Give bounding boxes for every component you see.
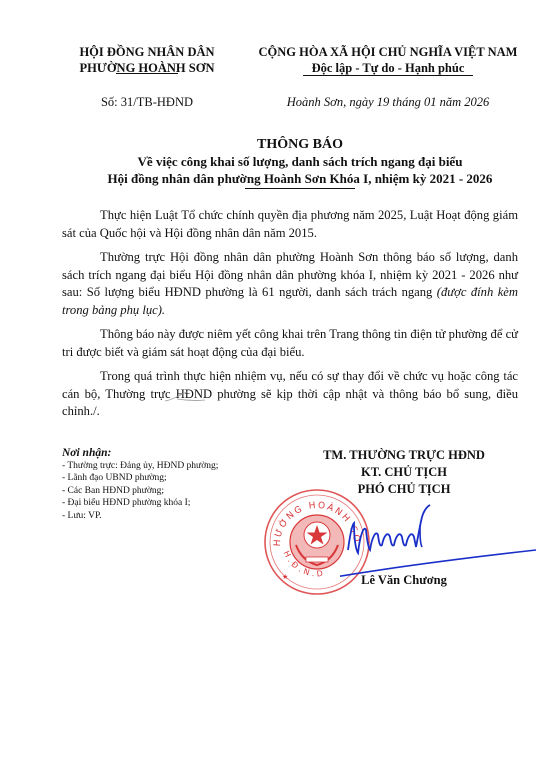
title-underline — [245, 188, 355, 189]
document-subtitle-1: Về việc công khai số lượng, danh sách tr… — [60, 153, 540, 170]
issuing-organization: HỘI ĐỒNG NHÂN DÂN PHƯỜNG HOÀNH SƠN — [62, 44, 232, 74]
national-motto: Độc lập - Tự do - Hạnh phúc — [228, 60, 548, 76]
paragraph-4: Trong quá trình thực hiện nhiệm vụ, nếu … — [62, 368, 518, 421]
signature-line-2: KT. CHỦ TỊCH — [290, 464, 518, 481]
signer-name: Lê Văn Chương — [290, 573, 518, 588]
recipients-block: Nơi nhận: - Thường trực: Đảng ủy, HĐND p… — [62, 447, 272, 523]
paragraph-1: Thực hiện Luật Tổ chức chính quyền địa p… — [62, 207, 518, 242]
place-and-date: Hoành Sơn, ngày 19 tháng 01 năm 2026 — [228, 95, 548, 110]
signature-line-1: TM. THƯỜNG TRỰC HĐND — [290, 447, 518, 464]
paragraph-3: Thông báo này được niêm yết công khai tr… — [62, 326, 518, 361]
document-body: Thực hiện Luật Tổ chức chính quyền địa p… — [62, 207, 518, 428]
recipient-item: - Thường trực: Đảng ủy, HĐND phường; — [62, 460, 272, 473]
paragraph-2: Thường trực Hội đồng nhân dân phường Hoà… — [62, 249, 518, 319]
country-name: CỘNG HÒA XÃ HỘI CHỦ NGHĨA VIỆT NAM — [228, 44, 548, 60]
national-header: CỘNG HÒA XÃ HỘI CHỦ NGHĨA VIỆT NAM Độc l… — [228, 44, 548, 76]
document-title-block: THÔNG BÁO Về việc công khai số lượng, da… — [60, 136, 540, 189]
initial-mark-icon — [163, 390, 207, 404]
svg-text:★: ★ — [282, 573, 288, 581]
document-subtitle-2: Hội đồng nhân dân phường Hoành Sơn Khóa … — [60, 170, 540, 187]
document-number: Số: 31/TB-HĐND — [62, 95, 232, 110]
document-title: THÔNG BÁO — [60, 136, 540, 153]
recipients-title: Nơi nhận: — [62, 447, 272, 460]
recipient-item: - Các Ban HĐND phường; — [62, 485, 272, 498]
recipient-item: - Lưu: VP. — [62, 510, 272, 523]
recipient-item: - Đại biểu HĐND phường khóa I; — [62, 497, 272, 510]
org-line-2: PHƯỜNG HOÀNH SƠN — [62, 60, 232, 76]
recipient-item: - Lãnh đạo UBND phường; — [62, 472, 272, 485]
org-line-1: HỘI ĐỒNG NHÂN DÂN — [62, 44, 232, 60]
